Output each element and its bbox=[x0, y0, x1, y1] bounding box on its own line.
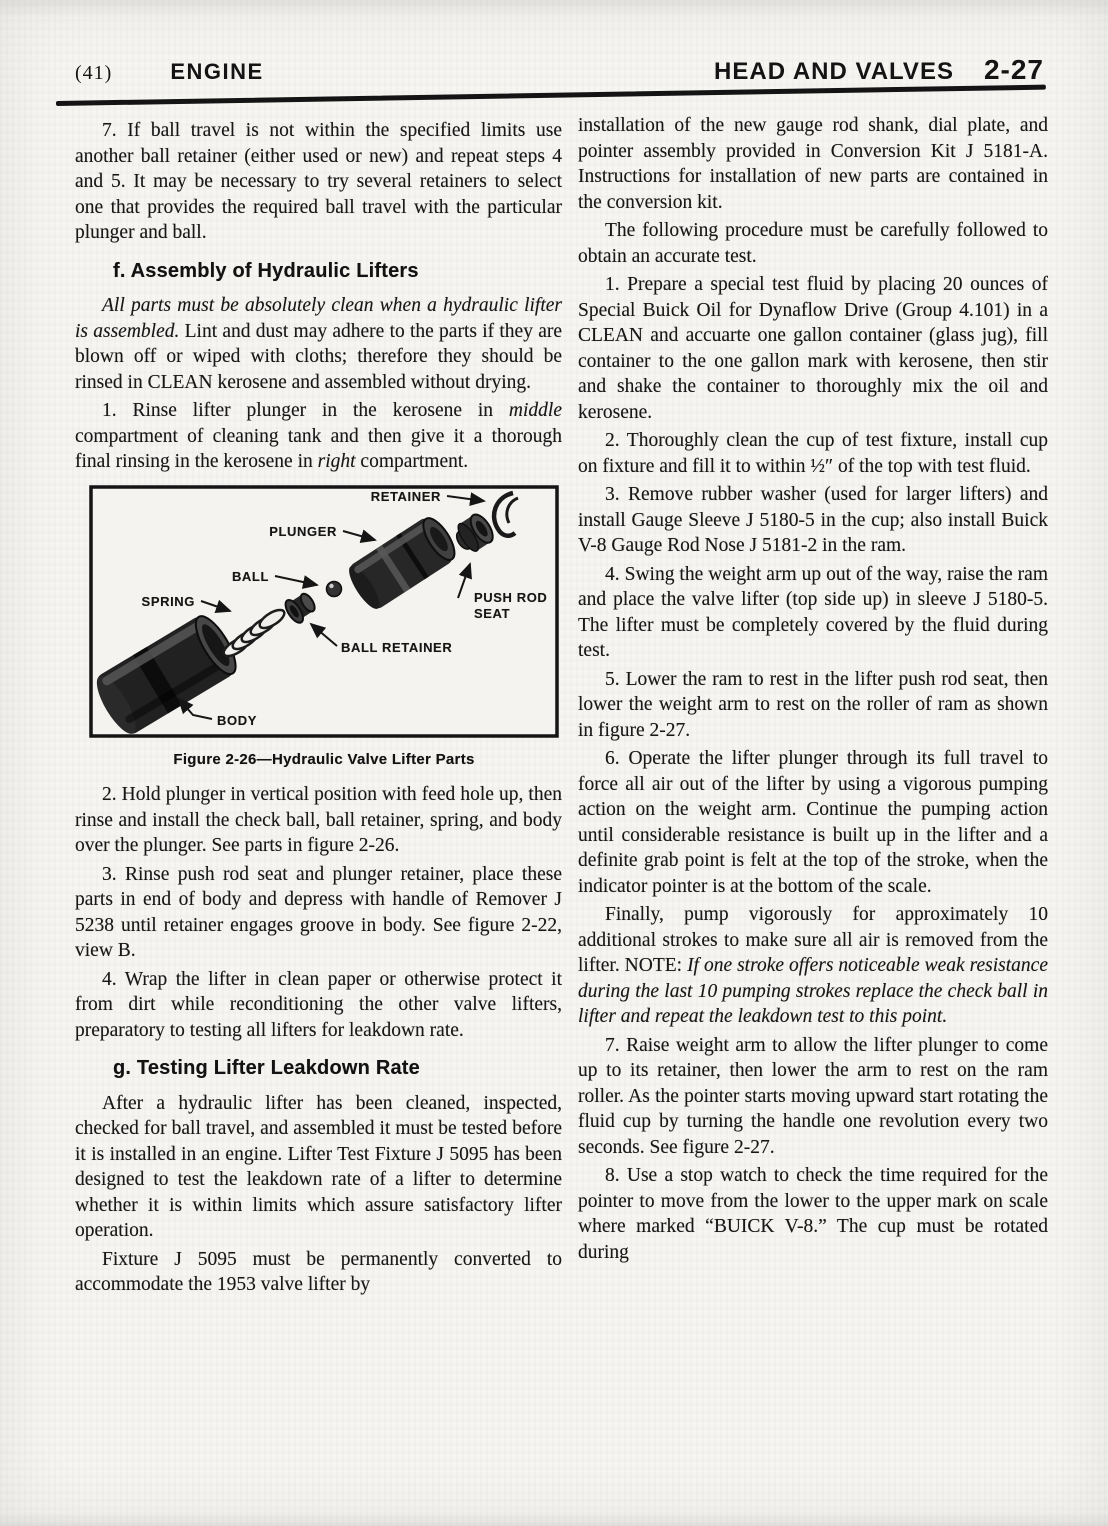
para-step-4-right: 4. Swing the weight arm up out of the wa… bbox=[578, 562, 1048, 664]
para-step-1-right: 1. Prepare a special test fluid by placi… bbox=[578, 272, 1048, 425]
para-step-4-left: 4. Wrap the lifter in clean paper or oth… bbox=[75, 967, 562, 1044]
push-rod-seat-arrow bbox=[458, 564, 470, 598]
spring-illustration bbox=[221, 606, 287, 659]
para-step-7-right: 7. Raise weight arm to allow the lifter … bbox=[578, 1033, 1048, 1161]
para-step-1-seg-a: 1. Rinse lifter plunger in the kerosene … bbox=[102, 400, 509, 421]
plunger-illustration bbox=[343, 511, 461, 613]
para-step-1-italic-middle: middle bbox=[509, 400, 562, 421]
push-rod-seat-illustration bbox=[450, 510, 497, 556]
header-rule bbox=[56, 85, 1046, 106]
figure-label-ball: BALL bbox=[232, 569, 269, 584]
para-step-1-left: 1. Rinse lifter plunger in the kerosene … bbox=[75, 398, 562, 475]
heading-testing-lifter-leakdown-rate: g. Testing Lifter Leakdown Rate bbox=[113, 1056, 562, 1082]
figure-label-retainer: RETAINER bbox=[371, 489, 441, 504]
para-conversion-continuation: installation of the new gauge rod shank,… bbox=[578, 113, 1048, 215]
figure-2-26-diagram: RETAINER PLUNGER BALL SPRING PUSH ROD SE… bbox=[89, 485, 559, 738]
retainer-clip-illustration bbox=[494, 493, 518, 536]
page-header: (41) ENGINE HEAD AND VALVES 2-27 bbox=[75, 54, 1044, 86]
figure-2-26-caption: Figure 2-26—Hydraulic Valve Lifter Parts bbox=[89, 747, 559, 773]
spring-arrow bbox=[201, 601, 230, 611]
chapter-title: HEAD AND VALVES bbox=[714, 58, 954, 86]
page-number: 2-27 bbox=[984, 54, 1044, 86]
section-title: ENGINE bbox=[170, 59, 263, 85]
figure-2-26: RETAINER PLUNGER BALL SPRING PUSH ROD SE… bbox=[89, 485, 559, 773]
para-step-2-right: 2. Thoroughly clean the cup of test fixt… bbox=[578, 428, 1048, 479]
para-leakdown-intro-2: Fixture J 5095 must be permanently conve… bbox=[75, 1247, 562, 1298]
para-step-8-right: 8. Use a stop watch to check the time re… bbox=[578, 1163, 1048, 1265]
ball-arrow bbox=[275, 576, 317, 585]
figure-label-plunger: PLUNGER bbox=[269, 524, 337, 539]
figure-label-seat: SEAT bbox=[474, 606, 510, 621]
para-step-1-italic-right: right bbox=[318, 451, 356, 472]
para-step-2-left: 2. Hold plunger in vertical position wit… bbox=[75, 782, 562, 859]
figure-label-spring: SPRING bbox=[142, 594, 195, 609]
ball-retainer-arrow bbox=[311, 624, 337, 646]
right-column: installation of the new gauge rod shank,… bbox=[578, 113, 1048, 1268]
ball-illustration bbox=[327, 581, 342, 596]
figure-label-push-rod: PUSH ROD bbox=[474, 590, 547, 605]
heading-assembly-of-hydraulic-lifters: f. Assembly of Hydraulic Lifters bbox=[113, 259, 562, 285]
para-procedure-note: The following procedure must be carefull… bbox=[578, 218, 1048, 269]
para-step-6-right: 6. Operate the lifter plunger through it… bbox=[578, 746, 1048, 899]
para-assembly-intro: All parts must be absolutely clean when … bbox=[75, 293, 562, 395]
para-step-1-seg-c: compartment. bbox=[356, 451, 469, 472]
ball-retainer-illustration bbox=[282, 589, 319, 626]
retainer-arrow bbox=[447, 496, 484, 501]
figure-label-ball-retainer: BALL RETAINER bbox=[341, 640, 452, 655]
figure-label-body: BODY bbox=[217, 713, 257, 728]
para-step-7: 7. If ball travel is not within the spec… bbox=[75, 118, 562, 246]
para-step-5-right: 5. Lower the ram to rest in the lifter p… bbox=[578, 667, 1048, 744]
left-column: 7. If ball travel is not within the spec… bbox=[75, 118, 562, 1301]
para-leakdown-intro-1: After a hydraulic lifter has been cleane… bbox=[75, 1091, 562, 1244]
para-step-3-left: 3. Rinse push rod seat and plunger retai… bbox=[75, 862, 562, 964]
para-step-3-right: 3. Remove rubber washer (used for larger… bbox=[578, 482, 1048, 559]
para-finally-note: Finally, pump vigorously for approximate… bbox=[578, 902, 1048, 1030]
manual-page: (41) ENGINE HEAD AND VALVES 2-27 7. If b… bbox=[0, 0, 1108, 1526]
plunger-arrow bbox=[343, 531, 375, 540]
page-ref: (41) bbox=[75, 62, 112, 85]
